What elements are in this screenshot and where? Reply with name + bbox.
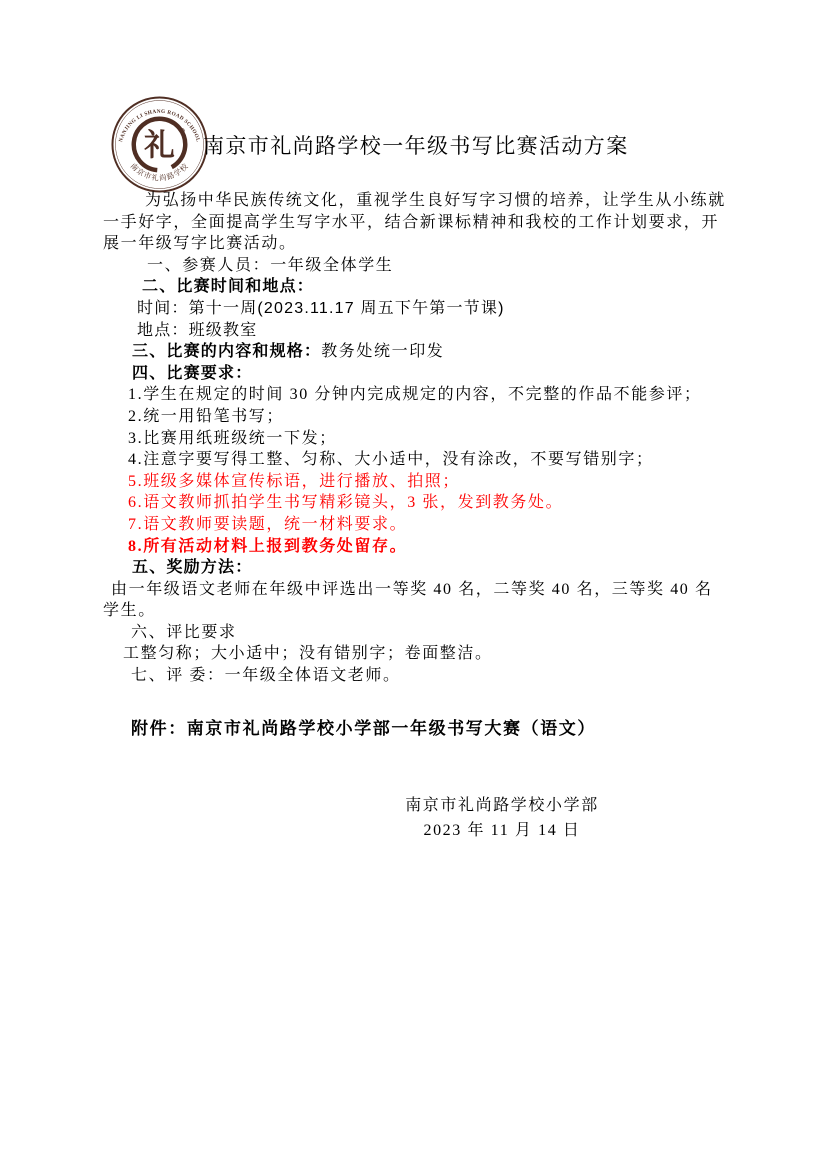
section-3-content-spec: 三、比赛的内容和规格：教务处统一印发 [103, 341, 748, 363]
section-5-heading: 五、奖励方法： [103, 557, 748, 579]
section-2-heading: 二、比赛时间和地点： [103, 276, 748, 298]
intro-line-2: 一手好字，全面提高学生写字水平，结合新课标精神和我校的工作计划要求，开 [103, 212, 748, 234]
requirement-5: 5.班级多媒体宣传标语，进行播放、拍照； [103, 471, 748, 493]
requirement-1: 1.学生在规定的时间 30 分钟内完成规定的内容，不完整的作品不能参评； [103, 384, 748, 406]
section-7-judges: 七、评 委：一年级全体语文老师。 [103, 665, 748, 687]
requirement-6: 6.语文教师抓拍学生书写精彩镜头，3 张，发到教务处。 [103, 492, 748, 514]
requirement-4: 4.注意字要写得工整、匀称、大小适中，没有涂改，不要写错别字； [103, 449, 748, 471]
award-line-1: 由一年级语文老师在年级中评选出一等奖 40 名，二等奖 40 名，三等奖 40 … [103, 579, 748, 601]
signature-org: 南京市礼尚路学校小学部 [393, 793, 611, 818]
criteria-line: 工整匀称；大小适中；没有错别字；卷面整洁。 [103, 643, 748, 665]
requirement-7: 7.语文教师要读题，统一材料要求。 [103, 514, 748, 536]
award-line-2: 学生。 [103, 600, 748, 622]
document-title: 南京市礼尚路学校一年级书写比赛活动方案 [203, 130, 629, 160]
requirement-3: 3.比赛用纸班级统一下发； [103, 428, 748, 450]
seal-center-glyph: 礼 [144, 127, 175, 162]
time-line: 时间：第十一周(2023.11.17 周五下午第一节课) [103, 298, 748, 320]
section-4-heading: 四、比赛要求： [103, 363, 748, 385]
attachment-line: 附件：南京市礼尚路学校小学部一年级书写大赛（语文） [131, 714, 596, 739]
school-seal-icon: NANJING LI SHANG ROAD SCHOOL 南京市礼尚路学校 礼 [110, 95, 209, 194]
intro-line-3: 展一年级写字比赛活动。 [103, 233, 748, 255]
intro-line-1: 为弘扬中华民族传统文化，重视学生良好写字习惯的培养，让学生从小练就 [103, 190, 748, 212]
seal-arc-bottom-text: 南京市礼尚路学校 [129, 161, 191, 183]
document-page: NANJING LI SHANG ROAD SCHOOL 南京市礼尚路学校 礼 … [0, 0, 827, 1170]
signature-block: 南京市礼尚路学校小学部 2023 年 11 月 14 日 [393, 793, 611, 843]
section-6-heading: 六、评比要求 [103, 622, 748, 644]
signature-date: 2023 年 11 月 14 日 [393, 818, 611, 843]
document-body: 为弘扬中华民族传统文化，重视学生良好写字习惯的培养，让学生从小练就 一手好字，全… [103, 190, 748, 687]
section-3-value: 教务处统一印发 [321, 343, 444, 360]
svg-text:南京市礼尚路学校: 南京市礼尚路学校 [129, 161, 191, 183]
school-seal-logo: NANJING LI SHANG ROAD SCHOOL 南京市礼尚路学校 礼 [110, 95, 209, 194]
section-1-participants: 一、参赛人员：一年级全体学生 [103, 255, 748, 277]
requirement-2: 2.统一用铅笔书写； [103, 406, 748, 428]
place-line: 地点：班级教室 [103, 320, 748, 342]
section-3-label: 三、比赛的内容和规格： [132, 343, 321, 360]
requirement-8: 8.所有活动材料上报到教务处留存。 [103, 536, 748, 558]
